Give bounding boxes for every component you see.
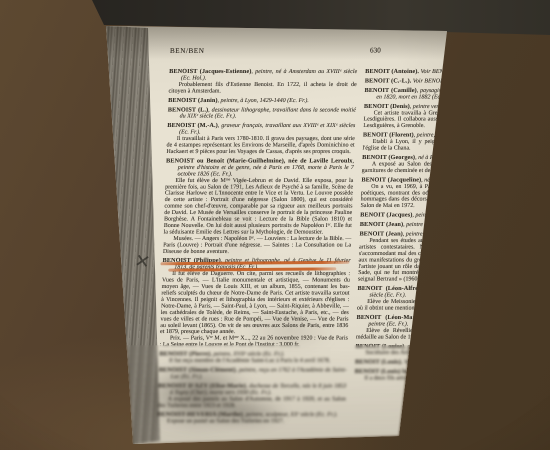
dictionary-entry: ✕ BENOIST (L.), dessinateur lithographe,… [168, 106, 356, 119]
entry-body: Probablement fils d'Estienne Benoist. En… [168, 81, 356, 94]
entry-paragraph: Musées. — Angers : Napoléon Iᵉʳ. — Louvi… [163, 235, 352, 254]
entry-body: Il fut élève de Daguerre. On cite, parmi… [160, 270, 351, 347]
dark-smudge [185, 390, 305, 435]
entry-headword: BENOIT (C.-L.). [365, 77, 412, 84]
entry-headword: BENOIT (Antoine). [365, 68, 419, 75]
dictionary-entry: ✕ BENOIST (Jacques-Estienne), peintre, n… [168, 68, 357, 94]
dictionary-entry: ✕ BENOIST ou Benoit (Marie-Guilhelmine),… [163, 157, 354, 254]
entry-lead-line: BENOIST (L.), dessinateur lithographe, t… [168, 106, 356, 119]
entry-headword: BENOIT (Jean) [360, 221, 404, 228]
dictionary-entry: ✕ BENOIST (Philippe), peintre et lithogr… [160, 257, 351, 347]
running-head-keywords: BEN/BEN [170, 47, 205, 55]
entry-body: Elle fut élève de Mᵐᵉ Vigée-Lebrun et de… [163, 177, 354, 254]
entry-paragraph: Probablement fils d'Estienne Benoist. En… [168, 81, 356, 94]
entry-lead-line: BENOIST (M.-A.), graveur français, trava… [167, 122, 355, 135]
entry-headword: BENOIST (Janin) [168, 96, 218, 103]
entry-lead-line: BENOIST ou Benoit (Marie-Guilhelmine), n… [166, 157, 355, 176]
entry-lead-line: BENOIST (Jacques-Estienne), peintre, né … [169, 68, 357, 81]
entry-paragraph: Il travaillait à Paris vers 1780-1810. I… [166, 135, 355, 154]
page-number: 630 [370, 48, 381, 54]
entry-lead: , peintre, à Lyon, 1429-1440 (Ec. Fr.). [217, 96, 309, 103]
dictionary-entry: ✕ BENOIST (Janin), peintre, à Lyon, 1429… [168, 97, 356, 103]
dictionary-entry: ✕ BENOIST (M.-A.), graveur français, tra… [166, 122, 355, 154]
photo-of-book-page: BEN/BEN 630 ✕ BENOIST (Jacques-Estienne)… [0, 0, 550, 450]
entry-headword: BENOIT (Jacques) [360, 211, 413, 218]
entry-body: Il travaillait à Paris vers 1780-1810. I… [166, 135, 355, 154]
entry-paragraph: Elle fut élève de Mᵐᵉ Vigée-Lebrun et de… [163, 177, 353, 235]
entry-paragraph: Il fut élève de Daguerre. On cite, parmi… [160, 270, 350, 335]
entry-lead-line: BENOIST (Janin), peintre, à Lyon, 1429-1… [168, 97, 356, 103]
